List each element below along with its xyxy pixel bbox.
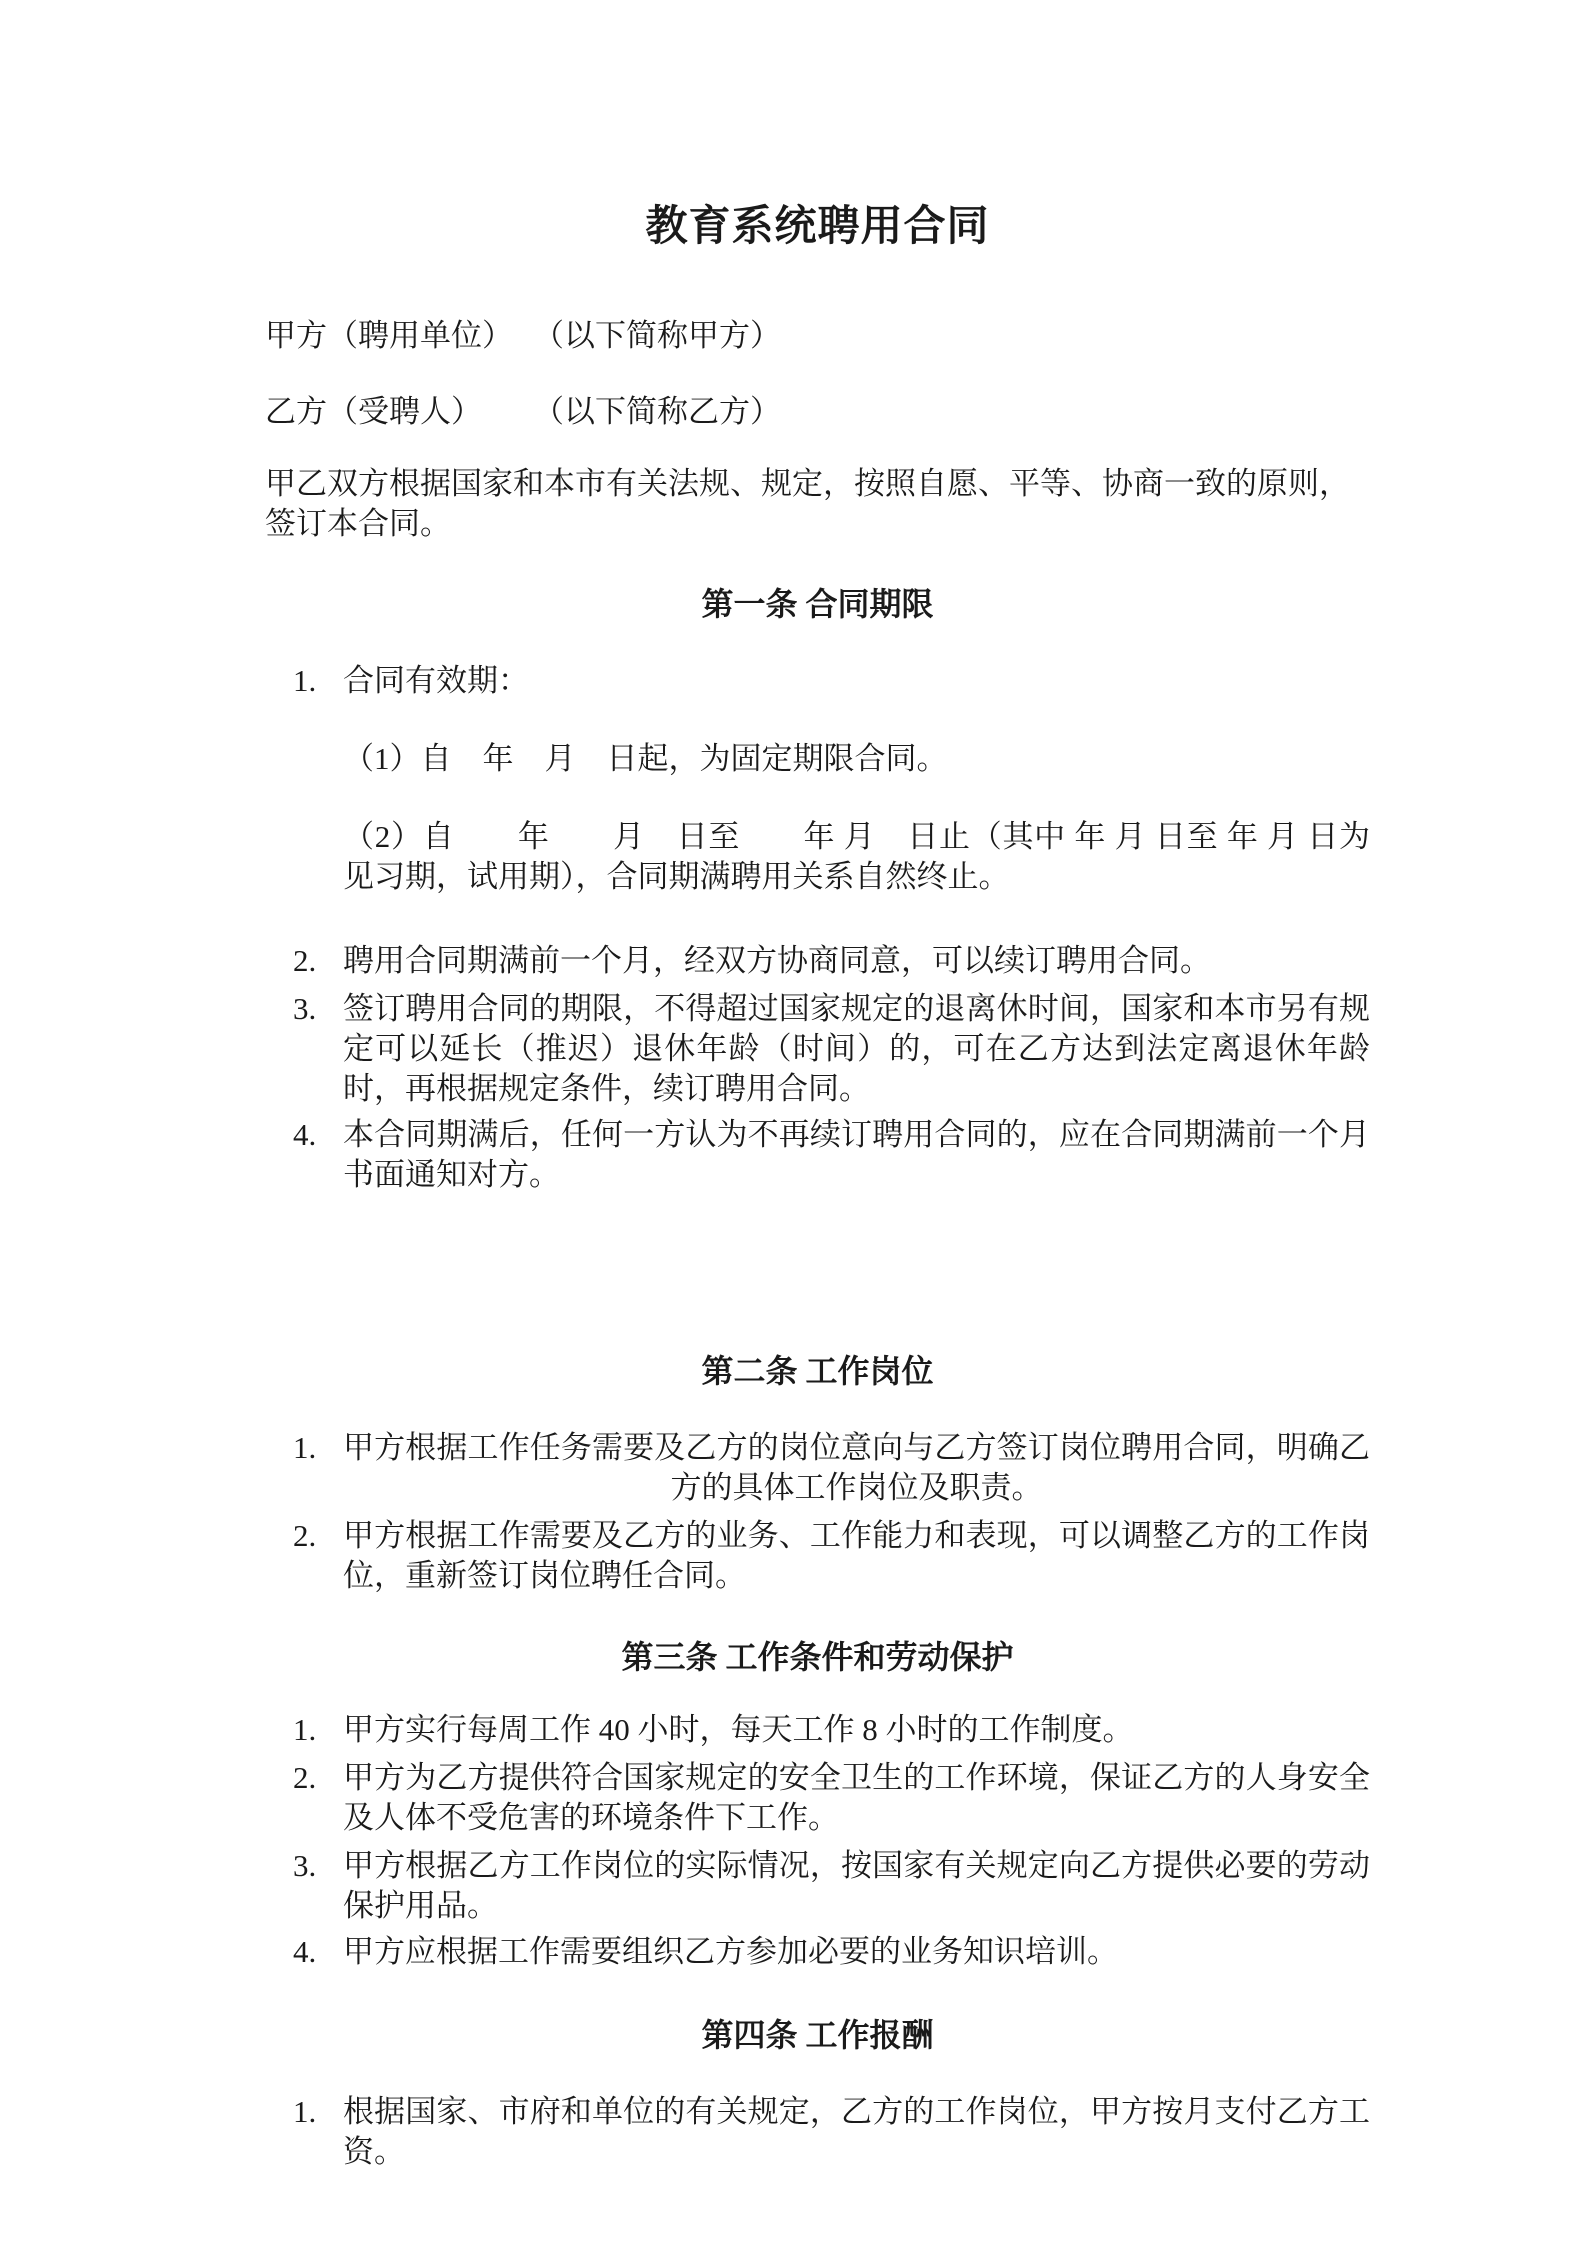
clause-number: 2. [293,1758,316,1798]
clause-text: 甲方根据乙方工作岗位的实际情况，按国家有关规定向乙方提供必要的劳动保护用品。 [343,1848,1370,1923]
section-3-clause-3: 3.甲方根据乙方工作岗位的实际情况，按国家有关规定向乙方提供必要的劳动保护用品。 [265,1846,1370,1926]
section-1-clause-1: 1.合同有效期： [265,661,1370,701]
clause-number: 4. [293,1932,316,1972]
party-jia-label: 甲方（聘用单位） [265,316,533,356]
clause-text: 合同有效期： [343,663,529,698]
section-1-clause-4: 4.本合同期满后，任何一方认为不再续订聘用合同的，应在合同期满前一个月书面通知对… [265,1115,1370,1195]
clause-number: 2. [293,941,316,981]
clause-text: 甲方为乙方提供符合国家规定的安全卫生的工作环境，保证乙方的人身安全及人体不受危害… [343,1760,1370,1835]
clause-number: 3. [293,1846,316,1886]
clause-text: 本合同期满后，任何一方认为不再续订聘用合同的，应在合同期满前一个月书面通知对方。 [343,1117,1370,1192]
clause-number: 1. [293,1428,316,1468]
party-jia-note: （以下简称甲方） [533,318,781,353]
clause-text: 签订聘用合同的期限，不得超过国家规定的退离休时间，国家和本市另有规定可以延长（推… [343,991,1370,1106]
section-4-heading: 第四条 工作报酬 [265,2014,1370,2056]
clause-text: 甲方根据工作任务需要及乙方的岗位意向与乙方签订岗位聘用合同，明确乙方的具体工作岗… [343,1430,1370,1505]
section-4-clause-1: 1.根据国家、市府和单位的有关规定，乙方的工作岗位，甲方按月支付乙方工资。 [265,2092,1370,2172]
section-1-clause-1-sub-2: （2）自 年 月 日至 年 月 日止（其中 年 月 日至 年 月 日为见习期，试… [265,817,1370,897]
clause-number: 1. [293,2092,316,2132]
section-1-clause-2: 2.聘用合同期满前一个月，经双方协商同意，可以续订聘用合同。 [265,941,1370,981]
clause-number: 4. [293,1115,316,1155]
document-title: 教育系统聘用合同 [265,202,1370,252]
clause-text: 甲方应根据工作需要组织乙方参加必要的业务知识培训。 [343,1934,1118,1969]
section-1-clause-3: 3.签订聘用合同的期限，不得超过国家规定的退离休时间，国家和本市另有规定可以延长… [265,989,1370,1109]
party-yi-note: （以下简称乙方） [533,394,781,429]
section-3-heading: 第三条 工作条件和劳动保护 [265,1636,1370,1678]
clause-text: 聘用合同期满前一个月，经双方协商同意，可以续订聘用合同。 [343,943,1211,978]
party-yi-line: 乙方（受聘人）（以下简称乙方） [265,392,1370,432]
section-3-clause-1: 1.甲方实行每周工作 40 小时，每天工作 8 小时的工作制度。 [265,1710,1370,1750]
party-yi-label: 乙方（受聘人） [265,392,533,432]
section-2-clause-2: 2.甲方根据工作需要及乙方的业务、工作能力和表现，可以调整乙方的工作岗位，重新签… [265,1516,1370,1596]
clause-text: 甲方实行每周工作 40 小时，每天工作 8 小时的工作制度。 [343,1712,1134,1747]
clause-text: 根据国家、市府和单位的有关规定，乙方的工作岗位，甲方按月支付乙方工资。 [343,2094,1370,2169]
section-1-heading: 第一条 合同期限 [265,583,1370,625]
clause-number: 2. [293,1516,316,1556]
clause-number: 3. [293,989,316,1029]
contract-preamble: 甲乙双方根据国家和本市有关法规、规定，按照自愿、平等、协商一致的原则，签订本合同… [265,464,1370,544]
section-3-clause-2: 2.甲方为乙方提供符合国家规定的安全卫生的工作环境，保证乙方的人身安全及人体不受… [265,1758,1370,1838]
section-2-clause-1: 1.甲方根据工作任务需要及乙方的岗位意向与乙方签订岗位聘用合同，明确乙方的具体工… [265,1428,1370,1508]
contract-document-page: 教育系统聘用合同 甲方（聘用单位）（以下简称甲方） 乙方（受聘人）（以下简称乙方… [0,0,1586,2244]
clause-number: 1. [293,1710,316,1750]
party-jia-line: 甲方（聘用单位）（以下简称甲方） [265,316,1370,356]
section-1-clause-1-sub-1: （1）自 年 月 日起，为固定期限合同。 [265,739,1370,779]
section-2-heading: 第二条 工作岗位 [265,1350,1370,1392]
section-3-clause-4: 4.甲方应根据工作需要组织乙方参加必要的业务知识培训。 [265,1932,1370,1972]
clause-text: 甲方根据工作需要及乙方的业务、工作能力和表现，可以调整乙方的工作岗位，重新签订岗… [343,1518,1370,1593]
clause-number: 1. [293,661,316,701]
